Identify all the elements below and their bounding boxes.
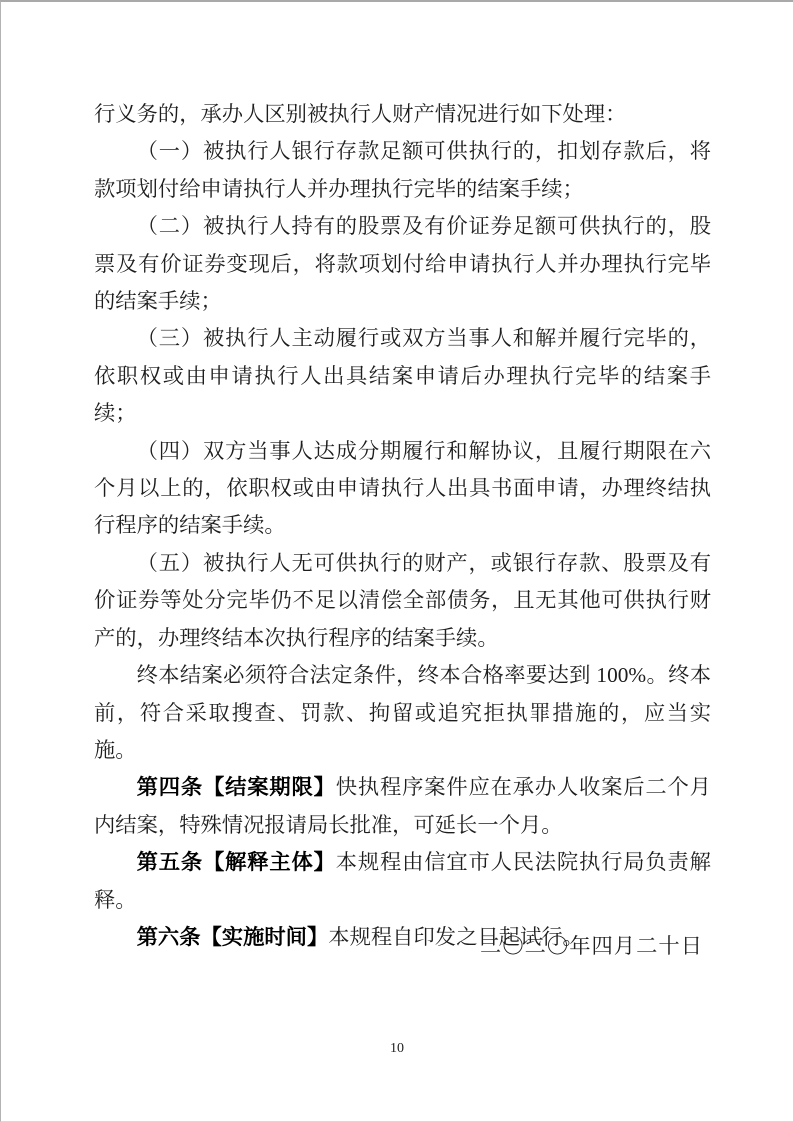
page-number: 10 — [1, 1040, 793, 1058]
article-heading: 第五条【解释主体】 — [137, 850, 336, 874]
paragraph: （二）被执行人持有的股票及有价证券足额可供执行的，股票及有价证券变现后，将款项划… — [94, 208, 711, 320]
paragraph: （一）被执行人银行存款足额可供执行的，扣划存款后，将款项划付给申请执行人并办理执… — [94, 133, 711, 208]
paragraph: （四）双方当事人达成分期履行和解协议，且履行期限在六个月以上的，依职权或由申请执… — [94, 433, 711, 545]
article-paragraph: 第五条【解释主体】本规程由信宜市人民法院执行局负责解释。 — [94, 844, 711, 919]
date-line: 二〇二〇年四月二十日 — [94, 928, 711, 965]
article-paragraph: 第四条【结案期限】快执程序案件应在承办人收案后二个月内结案，特殊情况报请局长批准… — [94, 769, 711, 844]
paragraph: 行义务的，承办人区别被执行人财产情况进行如下处理： — [94, 96, 711, 133]
document-page: 行义务的，承办人区别被执行人财产情况进行如下处理：（一）被执行人银行存款足额可供… — [0, 0, 793, 1122]
paragraph: 终本结案必须符合法定条件，终本合格率要达到 100%。终本前，符合采取搜查、罚款… — [94, 657, 711, 769]
paragraph: （三）被执行人主动履行或双方当事人和解并履行完毕的，依职权或由申请执行人出具结案… — [94, 320, 711, 432]
article-heading: 第四条【结案期限】 — [137, 775, 336, 799]
paragraph: （五）被执行人无可供执行的财产，或银行存款、股票及有价证券等处分完毕仍不足以清偿… — [94, 545, 711, 657]
document-body: 行义务的，承办人区别被执行人财产情况进行如下处理：（一）被执行人银行存款足额可供… — [94, 96, 711, 956]
